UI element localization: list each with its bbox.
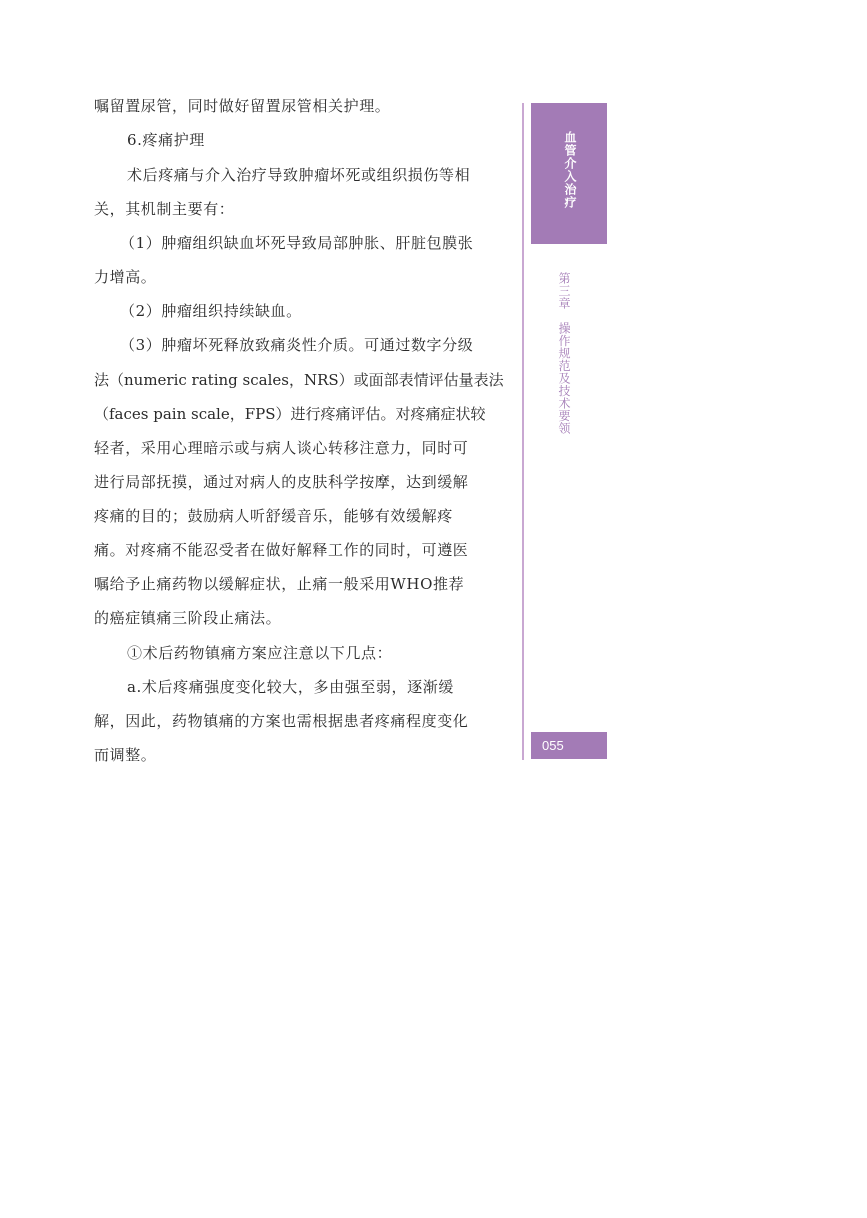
text-line: （1）肿瘤组织缺血坏死导致局部肿胀、肝脏包膜张 <box>120 233 473 253</box>
text-line: （3）肿瘤坏死释放致痛炎性介质。可通过数字分级 <box>120 335 473 355</box>
text-line: 关，其机制主要有： <box>94 199 234 219</box>
section-heading: 6.疼痛护理 <box>127 130 205 150</box>
text-line: ①术后药物镇痛方案应注意以下几点： <box>127 643 392 663</box>
text-line: （2）肿瘤组织持续缺血。 <box>120 301 302 321</box>
text-line: 进行局部抚摸，通过对病人的皮肤科学按摩，达到缓解 <box>94 472 468 492</box>
text-line: 而调整。 <box>94 745 156 765</box>
margin-rule <box>522 103 524 760</box>
text-line: 术后疼痛与介入治疗导致肿瘤坏死或组织损伤等相 <box>127 165 470 185</box>
text-line: 的癌症镇痛三阶段止痛法。 <box>94 608 281 628</box>
chapter-title: 第三章 操作规范及技术要领 <box>555 272 571 435</box>
page-number-box: 055 <box>531 732 607 759</box>
text-line: 解，因此，药物镇痛的方案也需根据患者疼痛程度变化 <box>94 711 468 731</box>
text-line: a.术后疼痛强度变化较大，多由强至弱，逐渐缓 <box>127 677 454 697</box>
page-number: 055 <box>542 738 564 753</box>
text-line: （faces pain scale，FPS）进行疼痛评估。对疼痛症状较 <box>94 404 486 424</box>
section-title: 血管介入治疗 <box>561 131 577 209</box>
text-line: 痛。对疼痛不能忍受者在做好解释工作的同时，可遵医 <box>94 540 468 560</box>
text-line: 轻者，采用心理暗示或与病人谈心转移注意力，同时可 <box>94 438 468 458</box>
text-line: 疼痛的目的；鼓励病人听舒缓音乐，能够有效缓解疼 <box>94 506 453 526</box>
text-line: 嘱给予止痛药物以缓解症状，止痛一般采用WHO推荐 <box>94 574 464 594</box>
text-line: 法（numeric rating scales，NRS）或面部表情评估量表法 <box>94 370 504 390</box>
section-title-box: 血管介入治疗 <box>531 103 607 244</box>
text-line: 嘱留置尿管，同时做好留置尿管相关护理。 <box>94 96 390 116</box>
text-line: 力增高。 <box>94 267 156 287</box>
